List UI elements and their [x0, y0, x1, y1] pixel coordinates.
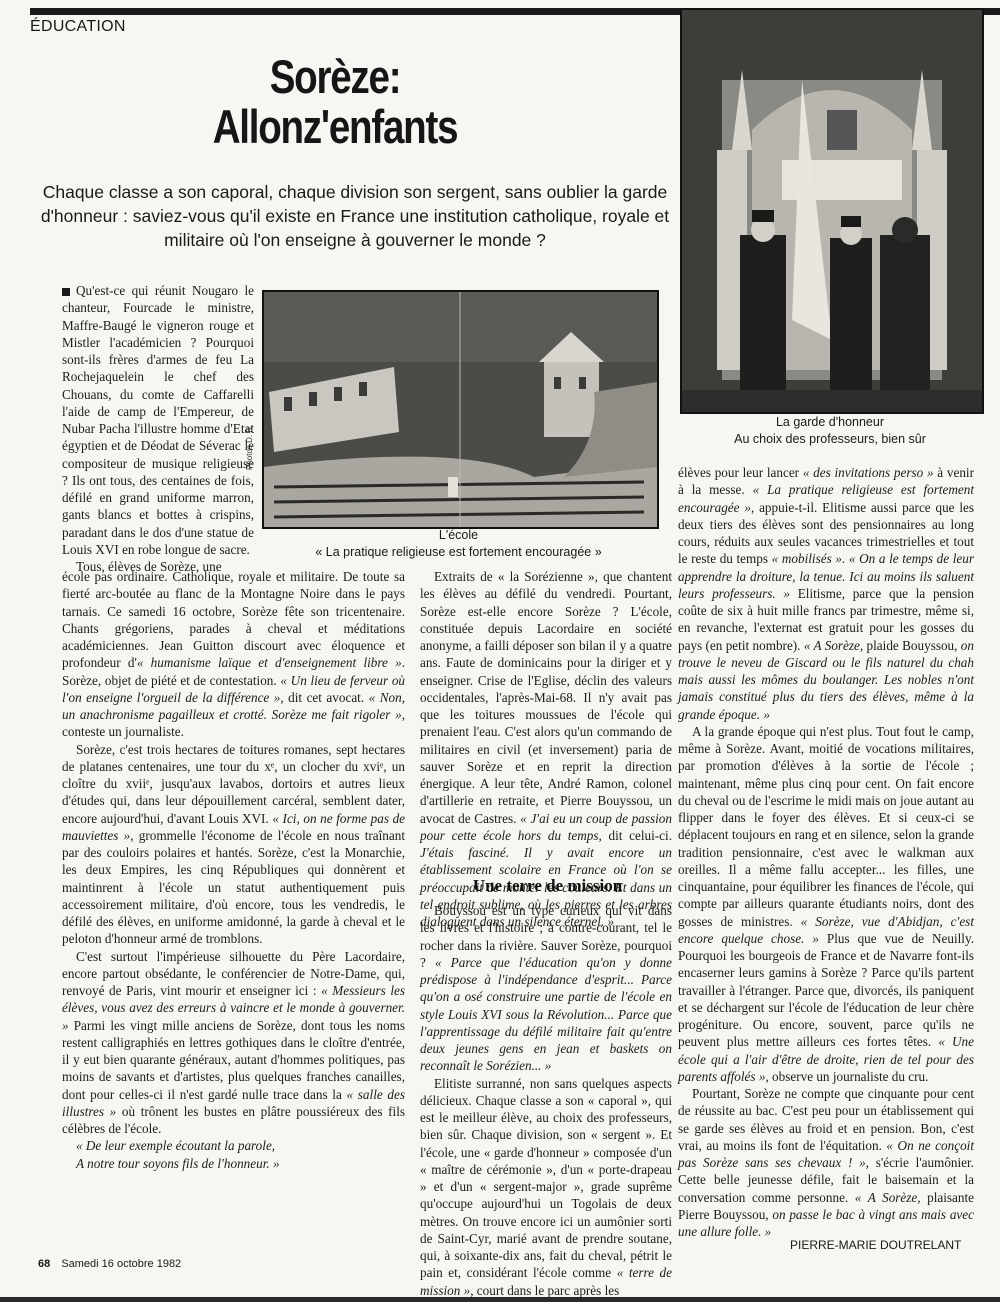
quote: « De leur exemple écoutant la parole,	[76, 1138, 275, 1153]
text: , observe un journaliste du cru.	[765, 1069, 928, 1084]
column-left: école pas ordinaire. Catholique, royale …	[62, 568, 405, 1172]
page-footer: 68 Samedi 16 octobre 1982	[38, 1258, 181, 1270]
quote: « humanisme laïque et d'enseignement lib…	[137, 655, 402, 670]
text: A la grande époque qui n'est plus. Tout …	[678, 724, 974, 929]
bottom-edge	[0, 1297, 1000, 1302]
text: plaide Bouyssou,	[863, 638, 961, 653]
paragraph: école pas ordinaire. Catholique, royale …	[62, 568, 405, 741]
subheading: Une terre de mission	[420, 876, 675, 896]
text: , dit cet avocat.	[280, 690, 368, 705]
text: Extraits de « la Sorézienne », que chant…	[420, 569, 672, 826]
column-right: élèves pour leur lancer « des invitation…	[678, 464, 974, 1240]
byline: PIERRE-MARIE DOUTRELANT	[790, 1238, 961, 1252]
paragraph: Bouyssou est un type curieux qui vit dan…	[420, 902, 672, 1075]
section-label: ÉDUCATION	[30, 18, 126, 36]
paragraph: Qu'est-ce qui réunit Nougaro le chanteur…	[62, 282, 254, 558]
text: Plus que vue de Neuilly. Pourquoi les bo…	[678, 931, 974, 1050]
paragraph: C'est surtout l'impérieuse silhouette du…	[62, 948, 405, 1138]
standfirst: Chaque classe a son caporal, chaque divi…	[40, 180, 670, 252]
headline: Sorèze: Allonz'enfants	[110, 52, 561, 152]
paragraph: Elitiste surranné, non sans quelques asp…	[420, 1075, 672, 1299]
verse-line: A notre tour soyons fils de l'honneur. »	[62, 1155, 405, 1172]
quote: « A Sorèze,	[804, 638, 863, 653]
headline-line-1: Sorèze:	[110, 52, 561, 102]
paragraph: Sorèze, c'est trois hectares de toitures…	[62, 741, 405, 948]
guard-caption-title: La garde d'honneur	[680, 414, 980, 431]
column-left-top: Qu'est-ce qui réunit Nougaro le chanteur…	[62, 282, 254, 575]
column-middle-lower: Bouyssou est un type curieux qui vit dan…	[420, 902, 672, 1299]
page-number: 68	[38, 1258, 50, 1270]
headline-line-2: Allonz'enfants	[110, 102, 561, 152]
paragraph: élèves pour leur lancer « des invitation…	[678, 464, 974, 723]
quote: « des invitations perso »	[803, 465, 934, 480]
school-caption-quote: « La pratique religieuse est fortement e…	[262, 544, 655, 561]
issue-date: Samedi 16 octobre 1982	[61, 1258, 181, 1270]
guard-photo-illustration	[682, 10, 982, 412]
guard-caption-subtitle: Au choix des professeurs, bien sûr	[680, 431, 980, 448]
text: , court dans le parc après les	[470, 1283, 619, 1298]
paragraph: Pourtant, Sorèze ne compte que cinquante…	[678, 1085, 974, 1240]
text: , grommelle l'économe de l'école en nous…	[62, 828, 405, 947]
text: dit celui-ci.	[609, 828, 672, 843]
quote: A notre tour soyons fils de l'honneur. »	[76, 1156, 280, 1171]
quote: « A Sorèze,	[855, 1190, 921, 1205]
school-photo-caption: L'école « La pratique religieuse est for…	[262, 527, 655, 561]
school-caption-title: L'école	[262, 527, 655, 544]
quote: « Parce que l'éducation qu'on y donne pr…	[420, 955, 672, 1074]
school-photo	[262, 290, 659, 529]
guard-of-honour-photo	[680, 8, 984, 414]
text: élèves pour leur lancer	[678, 465, 803, 480]
school-photo-illustration	[264, 292, 657, 527]
text: Elitiste surranné, non sans quelques asp…	[420, 1076, 672, 1281]
verse-line: « De leur exemple écoutant la parole,	[62, 1137, 405, 1154]
guard-photo-caption: La garde d'honneur Au choix des professe…	[680, 414, 980, 448]
paragraph: A la grande époque qui n'est plus. Tout …	[678, 723, 974, 1085]
